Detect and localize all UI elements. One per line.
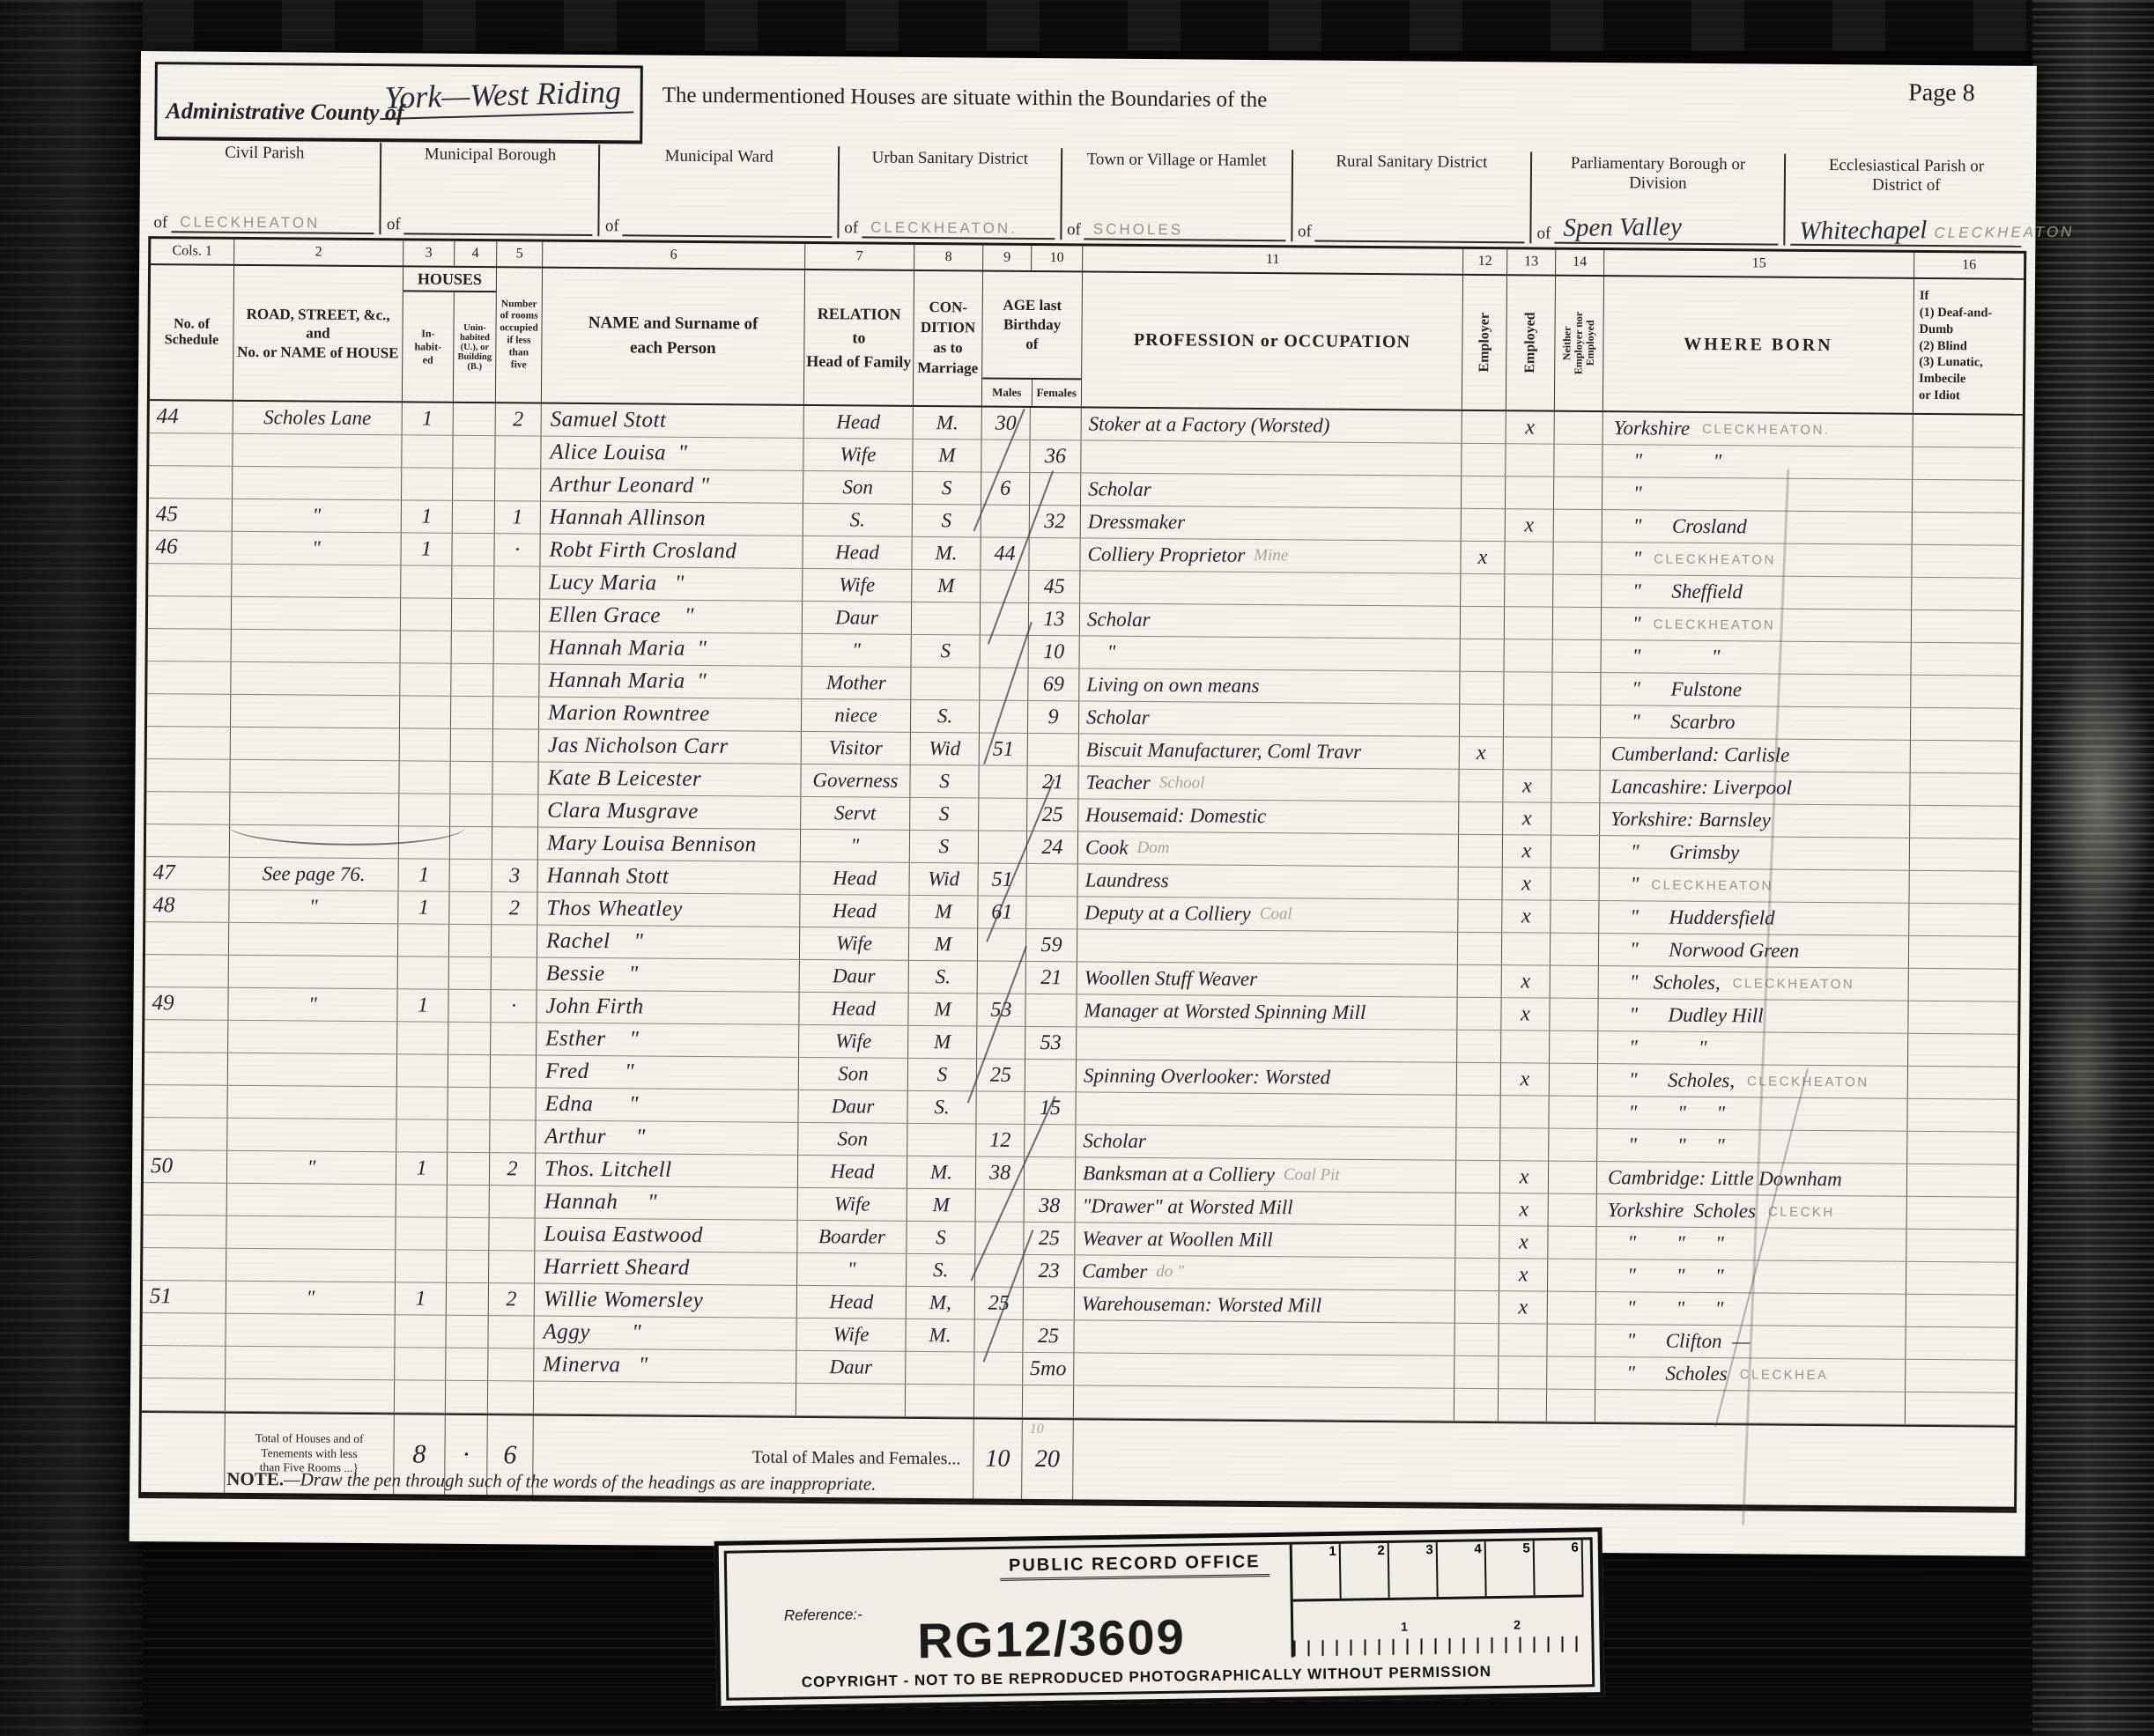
cell-inf — [1911, 708, 2020, 741]
cell-er — [1456, 1161, 1500, 1193]
fill-in-rule — [623, 204, 833, 238]
cell-er: x — [1461, 542, 1505, 573]
cell-nn — [1548, 1260, 1596, 1291]
cell-rel: Daur — [796, 1351, 906, 1384]
cell-ed: x — [1506, 509, 1554, 541]
cell-i — [400, 663, 451, 695]
cell-cond: M, — [907, 1287, 975, 1319]
cell-rel: Boarder — [797, 1221, 907, 1253]
cell-cond — [907, 1124, 976, 1156]
cell-inf — [1913, 480, 2022, 513]
cell-s — [147, 694, 231, 727]
cell-road — [232, 565, 401, 598]
administrative-county-value: York—West Riding — [379, 72, 634, 120]
cell-occ: Weaver at Woollen Mill — [1075, 1223, 1455, 1257]
cell-af — [1025, 1060, 1077, 1091]
situate-statement: The undermentioned Houses are situate wi… — [662, 84, 1473, 115]
ruler-inches: 123456 — [1292, 1540, 1584, 1601]
cell-road: " — [232, 532, 401, 565]
cell-ed — [1502, 933, 1551, 964]
cell-af: 5mo — [1023, 1353, 1074, 1385]
cell-af: 53 — [1025, 1027, 1077, 1059]
cell-rel: Head — [801, 862, 910, 895]
ruler-inch-segment: 5 — [1486, 1540, 1536, 1596]
cleckheaton-stamp: CLECKHEA — [1728, 1367, 1829, 1383]
cell-road — [232, 597, 401, 631]
cell-u — [450, 762, 492, 794]
cell-cond: M — [912, 570, 981, 602]
cell-cond: M. — [906, 1319, 974, 1352]
cell-am — [979, 798, 1027, 830]
cell-er — [1458, 900, 1502, 932]
cell-s: 49 — [144, 987, 228, 1020]
cell-born: " Norwood Green — [1599, 934, 1909, 968]
header-where-born: WHERE BORN — [1603, 277, 1914, 413]
district-cell: Municipal Wardof — [600, 144, 840, 238]
cell-u — [453, 436, 495, 468]
cell-rel: Wife — [799, 1025, 908, 1058]
cell-r5 — [494, 632, 540, 663]
cell-name: Thos. Litchell — [536, 1154, 798, 1187]
copyright-line: COPYRIGHT - NOT TO BE REPRODUCED PHOTOGR… — [802, 1663, 1492, 1691]
cell-r5: 2 — [489, 1283, 535, 1315]
cell-er — [1455, 1324, 1499, 1356]
cell-am — [975, 1222, 1024, 1253]
cell-cond: S — [908, 1059, 977, 1091]
reference-label: Reference:- — [784, 1606, 862, 1624]
cell-inf — [1907, 1197, 2017, 1230]
column-number: 6 — [543, 242, 805, 269]
cell-ed: x — [1503, 770, 1551, 802]
cell-i — [395, 1315, 446, 1347]
pro-office-title: PUBLIC RECORD OFFICE — [1000, 1552, 1269, 1581]
cell-ed: x — [1501, 998, 1550, 1030]
cell-name: Edna " — [536, 1089, 798, 1122]
cell-nn — [1552, 738, 1601, 770]
cell-road — [227, 1119, 396, 1152]
pencil-annotation: Coal Pit — [1275, 1165, 1340, 1186]
fill-in-rule — [1315, 210, 1525, 243]
cell-occ: Spinning Overlooker: Worsted — [1077, 1060, 1457, 1094]
cell-af: 38 — [1025, 1190, 1076, 1222]
page-number: Page 8 — [1908, 79, 1975, 108]
ruler-inch-segment: 3 — [1389, 1542, 1439, 1598]
cell-er — [1462, 476, 1506, 508]
cell-nn — [1553, 640, 1602, 672]
cell-road — [227, 1184, 396, 1217]
cell-name: Mary Louisa Bennison — [538, 828, 801, 861]
cell-am: 51 — [980, 734, 1028, 765]
cell-nn — [1551, 836, 1600, 868]
cell-rel: " — [797, 1253, 907, 1286]
cell-cond: S. — [907, 1091, 976, 1124]
cell-inf — [1907, 1099, 2017, 1132]
cell-occ — [1081, 440, 1462, 475]
district-value: WhitechapelCLECKHEATON — [1799, 215, 2074, 247]
cell-i: 1 — [399, 859, 450, 890]
cell-cond: S — [912, 635, 981, 668]
totals-row: Total of Houses and of Tenements with le… — [141, 1411, 2015, 1511]
cell-cond — [911, 668, 980, 700]
cell-i — [397, 1022, 448, 1053]
ruler-cm-2: 2 — [1514, 1618, 1521, 1632]
cell-occ: Banksman at a CollieryCoal Pit — [1076, 1157, 1456, 1192]
cell-u — [448, 990, 491, 1022]
cell-u — [449, 957, 492, 989]
cell-born: Cambridge: Little Downham — [1597, 1162, 1907, 1196]
cell-af: 13 — [1029, 603, 1080, 635]
cell-inf — [1906, 1360, 2015, 1392]
reference-number: RG12/3609 — [917, 1608, 1186, 1670]
cell-road — [229, 956, 398, 989]
cell-r5 — [492, 957, 537, 989]
cell-cond — [906, 1385, 974, 1417]
cell-af — [1028, 734, 1079, 765]
cell-i — [402, 468, 453, 499]
cell-born: " " — [1602, 640, 1912, 675]
cell-born: " " " — [1596, 1227, 1906, 1261]
ruler-inch-segment: 4 — [1438, 1541, 1487, 1597]
cell-nn — [1551, 771, 1600, 802]
cell-cond: S. — [909, 961, 978, 994]
district-label: Ecclesiastical Parish or District of — [1791, 156, 2022, 196]
cell-born: " " " — [1597, 1097, 1907, 1131]
cell-occ: Colliery ProprietorMine — [1080, 538, 1461, 573]
cell-i — [396, 1087, 448, 1119]
cell-i: 1 — [403, 403, 454, 434]
cell-af: 59 — [1026, 929, 1077, 961]
cell-born: "CLECKHEATON — [1602, 608, 1912, 642]
cell-rel: Head — [797, 1286, 907, 1319]
cell-born: " Dudley Hill — [1598, 999, 1908, 1033]
of-word: of — [153, 213, 171, 233]
cell-born: " Grimsby — [1600, 836, 1910, 870]
cell-occ: Deputy at a CollieryCoal — [1077, 897, 1458, 931]
cleckheaton-stamp: CLECKHEATON. — [1690, 421, 1830, 437]
cell-name: Jas Nicholson Carr — [539, 730, 802, 764]
district-value: CLECKHEATON. — [870, 219, 1018, 238]
cell-s — [147, 661, 231, 694]
cell-rel: Son — [803, 471, 913, 504]
cell-cond: S — [913, 505, 981, 537]
cell-cond: S — [907, 1222, 975, 1254]
cell-nn — [1553, 575, 1602, 607]
district-stamp: CLECKHEATON — [1927, 224, 2074, 242]
column-number: 16 — [1914, 253, 2024, 278]
cell-inf — [1908, 1067, 2017, 1099]
cell-born: "CLECKHEATON — [1599, 868, 1909, 903]
cell-rel: Head — [803, 536, 912, 569]
cell-u — [448, 1153, 490, 1185]
cell-r5: · — [491, 990, 537, 1022]
cell-i — [400, 728, 451, 760]
cell-u — [452, 599, 494, 631]
cell-s — [144, 1183, 227, 1215]
cell-u — [453, 469, 495, 500]
cell-am: 51 — [979, 863, 1027, 895]
cell-ed — [1506, 444, 1554, 476]
cell-rel: Daur — [798, 1090, 907, 1123]
cell-cond: M. — [907, 1156, 976, 1189]
cell-cond: S — [913, 472, 981, 505]
cell-s — [144, 1020, 228, 1053]
header-uninhabited: Unin- habited (U.), or Building (B.) — [454, 292, 496, 402]
public-record-office-plate: PUBLIC RECORD OFFICE Reference:- RG12/36… — [714, 1527, 1605, 1710]
cell-cond: S — [910, 798, 979, 831]
cell-r5: 2 — [496, 403, 542, 435]
cell-s — [144, 1085, 227, 1118]
cell-r5 — [492, 762, 538, 794]
cell-er — [1457, 1031, 1501, 1062]
cell-occ — [1074, 1353, 1455, 1387]
cell-ed: x — [1499, 1259, 1548, 1290]
cell-af — [1031, 408, 1082, 440]
cell-inf — [1911, 676, 2020, 708]
cell-road: " — [227, 1151, 396, 1185]
cell-born: Lancashire: Liverpool — [1600, 771, 1910, 805]
cell-i: 1 — [401, 533, 452, 565]
cell-er — [1455, 1389, 1499, 1421]
cell-i — [401, 598, 452, 630]
cell-af: 9 — [1028, 701, 1079, 733]
cell-rel: Wife — [803, 569, 912, 602]
cell-er — [1455, 1259, 1499, 1290]
cell-name: Fred " — [537, 1056, 799, 1090]
cell-s — [148, 596, 232, 629]
fill-in-rule — [404, 203, 593, 236]
cell-rel: Head — [804, 406, 914, 439]
ruler-inch-segment: 6 — [1535, 1540, 1584, 1595]
cell-name: Hannah " — [536, 1186, 798, 1220]
cell-ed — [1506, 476, 1554, 508]
cell-r5 — [488, 1381, 534, 1413]
cell-ed — [1504, 705, 1552, 736]
cell-ed: x — [1502, 900, 1551, 932]
table-body: 44Scholes Lane12Samuel StottHeadM.30Stok… — [142, 401, 2023, 1426]
cell-inf — [1912, 643, 2021, 676]
cell-name: Robt Firth Crosland — [540, 535, 803, 568]
cell-am — [974, 1385, 1023, 1416]
cell-born: " " — [1603, 445, 1913, 479]
cell-road: " — [233, 499, 402, 533]
cell-am: 12 — [976, 1124, 1025, 1156]
totals-empty-cell — [141, 1413, 226, 1493]
cell-s — [145, 955, 229, 987]
cell-s — [149, 433, 233, 466]
census-page: Administrative County of York—West Ridin… — [130, 51, 2037, 1556]
column-number: 13 — [1507, 249, 1556, 274]
cell-cond: S. — [907, 1254, 975, 1287]
cell-u — [448, 1120, 490, 1152]
header-name: NAME and Surname of each Person — [542, 269, 805, 404]
cell-u — [446, 1381, 488, 1413]
cell-name: Louisa Eastwood — [535, 1219, 797, 1252]
administrative-county-box: Administrative County of York—West Ridin… — [154, 62, 643, 144]
cell-rel: " — [803, 634, 912, 667]
cell-born: "CLECKHEATON — [1602, 543, 1912, 577]
cell-am — [981, 506, 1030, 537]
cleckheaton-stamp: CLECKHEATON — [1721, 976, 1855, 992]
cell-af — [1024, 1288, 1075, 1319]
cell-i: 1 — [396, 1282, 447, 1314]
district-value: CLECKHEATON — [180, 213, 320, 232]
cell-occ: Laundress — [1077, 864, 1458, 898]
cell-i — [398, 924, 449, 956]
cell-rel: Daur — [803, 602, 912, 634]
cell-r5 — [494, 599, 540, 631]
cell-rel: Head — [800, 895, 909, 927]
microfilm-scan: { "header": { "admin_label": "Administra… — [0, 0, 2154, 1736]
district-value: SCHOLES — [1093, 220, 1183, 239]
header-occupation: PROFESSION or OCCUPATION — [1082, 272, 1463, 409]
cell-rel: Wife — [798, 1188, 907, 1221]
cell-nn — [1548, 1227, 1596, 1259]
header-employed: Employed — [1506, 276, 1556, 410]
header-inhabited: In- habit- ed — [403, 292, 455, 401]
cell-occ — [1076, 1092, 1456, 1127]
cell-name: Rachel " — [537, 926, 800, 959]
cell-i — [398, 957, 449, 988]
cell-er — [1457, 1063, 1501, 1095]
ruler-ticks — [1293, 1636, 1584, 1656]
cell-i — [396, 1119, 448, 1151]
totals-pencil-note: 10 — [1030, 1422, 1044, 1437]
cell-r5 — [490, 1120, 536, 1152]
cell-born: " — [1603, 477, 1913, 512]
cell-s — [148, 629, 232, 661]
of-word: of — [1067, 220, 1084, 240]
cell-af: 24 — [1027, 831, 1078, 863]
cell-s — [143, 1248, 226, 1281]
of-word: of — [387, 215, 404, 234]
cell-name: Hannah Allinson — [541, 502, 803, 536]
cell-nn — [1549, 1097, 1597, 1128]
fill-in-rule: CLECKHEATON. — [862, 206, 1055, 240]
cell-occ: Housemaid: Domestic — [1078, 799, 1459, 833]
cell-name: Minerva " — [534, 1349, 796, 1383]
cell-u — [452, 566, 494, 598]
cell-road — [226, 1216, 396, 1250]
header-employer: Employer — [1462, 276, 1507, 410]
column-number: 9 — [983, 246, 1032, 270]
cell-am — [981, 603, 1029, 635]
column-number: 2 — [234, 240, 403, 266]
cell-inf — [1908, 1034, 2017, 1067]
cell-nn — [1551, 934, 1599, 965]
cell-born: " Fulstone — [1601, 673, 1911, 707]
totals-males: 10 — [973, 1419, 1023, 1498]
cell-r5 — [491, 1023, 537, 1054]
cell-road — [228, 1053, 397, 1087]
cell-u — [447, 1218, 489, 1250]
cell-u — [454, 403, 496, 435]
cell-born: " " — [1598, 1031, 1908, 1066]
cell-nn — [1553, 543, 1602, 574]
cell-nn — [1549, 1194, 1597, 1226]
cell-inf — [1910, 838, 2019, 871]
cell-nn — [1553, 608, 1602, 639]
cell-af: 21 — [1026, 962, 1077, 994]
cell-occ: Scholar — [1076, 1125, 1456, 1159]
cell-er — [1455, 1356, 1499, 1388]
header-rooms: Number of rooms occupied if less than fi… — [496, 268, 543, 402]
cell-r5 — [492, 925, 537, 957]
district-cell: Town or Village or HamletofSCHOLES — [1062, 148, 1293, 241]
cell-r5 — [491, 1055, 537, 1087]
cell-er — [1456, 1096, 1500, 1127]
cell-ed — [1499, 1324, 1547, 1356]
cell-ed: x — [1506, 411, 1555, 443]
cell-er — [1459, 835, 1503, 867]
district-cell: Ecclesiastical Parish or District ofWhit… — [1785, 154, 2027, 247]
cell-rel: Head — [798, 1156, 907, 1188]
cell-rel: Daur — [800, 960, 909, 993]
pencil-annotation: Coal — [1251, 905, 1292, 924]
cell-s — [142, 1313, 226, 1346]
cell-inf — [1907, 1132, 2017, 1164]
cell-cond — [906, 1352, 974, 1385]
cell-af: 25 — [1023, 1320, 1074, 1352]
ruler-inch-segment: 2 — [1341, 1543, 1390, 1599]
cell-er: x — [1460, 737, 1504, 769]
cell-er — [1456, 1193, 1500, 1225]
cell-u — [451, 697, 493, 728]
cell-cond: M. — [912, 537, 981, 570]
pencil-annotation: School — [1151, 773, 1205, 793]
cell-born: Yorkshire ScholesCLECKH — [1597, 1194, 1907, 1229]
cell-inf — [1908, 1001, 2017, 1034]
cell-i: 1 — [396, 1152, 448, 1184]
cell-ed: x — [1502, 965, 1551, 997]
cell-occ: Biscuit Manufacturer, Coml Travr — [1079, 734, 1460, 768]
cell-born: " Crosland — [1603, 510, 1913, 544]
footnote-body: —Draw the pen through such of the words … — [284, 1468, 877, 1494]
cell-rel: Son — [798, 1123, 907, 1156]
cell-occ — [1077, 1027, 1457, 1061]
cell-occ: TeacherSchool — [1078, 766, 1459, 801]
cell-er — [1462, 509, 1506, 541]
cell-name: Hannah Maria " — [539, 665, 802, 698]
cell-er — [1459, 802, 1503, 834]
cell-inf — [1912, 578, 2021, 610]
cell-born: " Scholes,CLECKHEATON — [1598, 1064, 1908, 1098]
cell-nn — [1549, 1162, 1597, 1193]
cell-rel: Mother — [802, 667, 911, 699]
cell-road — [231, 728, 400, 761]
district-value: Spen Valley — [1563, 213, 1682, 243]
cell-rel: Wife — [803, 439, 913, 471]
cell-name: Thos Wheatley — [537, 893, 800, 927]
header-relation: RELATION to Head of Family — [804, 270, 914, 405]
cell-nn — [1554, 477, 1603, 509]
cell-u — [449, 925, 492, 957]
fill-in-rule: WhitechapelCLECKHEATON — [1790, 214, 2021, 247]
cell-er — [1460, 672, 1504, 704]
cell-i — [397, 1054, 448, 1086]
cell-u — [453, 501, 495, 533]
cell-occ — [1080, 571, 1461, 605]
cell-r5 — [495, 469, 541, 500]
cell-nn — [1552, 673, 1601, 705]
cell-ed: x — [1500, 1193, 1549, 1225]
cell-inf — [1912, 610, 2021, 643]
header-males: Males — [982, 380, 1033, 406]
cell-af: 25 — [1024, 1223, 1075, 1254]
cell-s — [146, 824, 230, 857]
cell-s — [146, 792, 230, 824]
header-road: ROAD, STREET, &c., and No. or NAME of HO… — [233, 266, 403, 402]
cell-ed: x — [1499, 1226, 1548, 1258]
